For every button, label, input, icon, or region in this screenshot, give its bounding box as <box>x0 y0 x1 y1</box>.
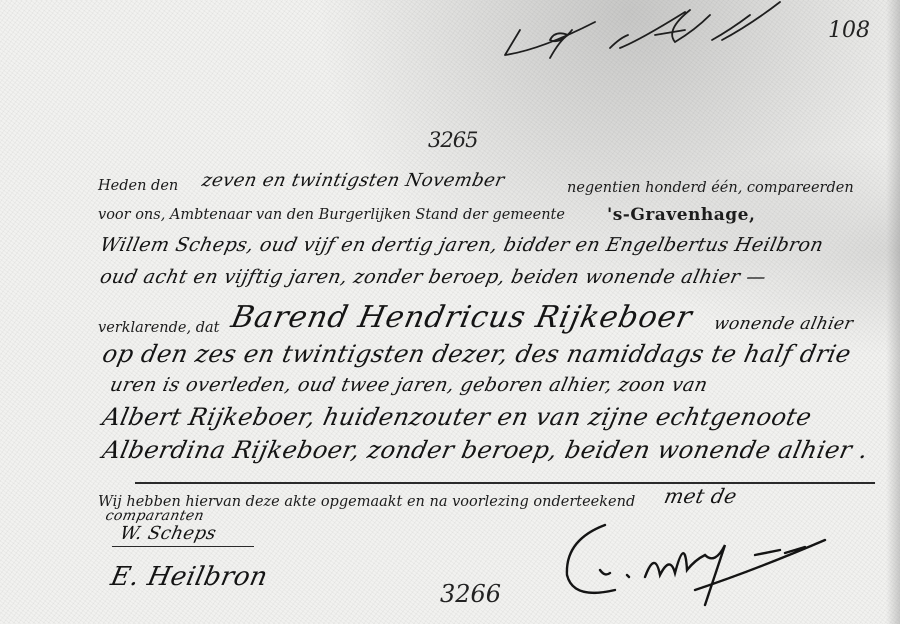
signature-underline-1 <box>112 546 254 547</box>
closing-rule <box>135 482 875 484</box>
printed-ambtenaar-line: voor ons, Ambtenaar van den Burgerlijken… <box>98 207 565 223</box>
handwritten-father: Albert Rijkeboer, huidenzouter en van zi… <box>100 403 814 431</box>
printed-heden-den: Heden den <box>98 178 178 194</box>
printed-municipality: 's-Gravenhage, <box>607 205 755 225</box>
handwritten-deceased-name: Barend Hendricus Rijkeboer <box>228 300 696 335</box>
handwritten-met-de: met de <box>662 484 739 508</box>
handwritten-residence: wonende alhier <box>712 314 855 334</box>
handwritten-witnesses-line-2: oud acht en vijftig jaren, zonder beroep… <box>98 266 768 288</box>
act-number: 3265 <box>428 128 477 152</box>
handwritten-date: zeven en twintigsten November <box>200 170 507 191</box>
printed-year-compareerden: negentien honderd één, compareerden <box>567 180 854 196</box>
handwritten-witnesses-line-1: Willem Scheps, oud vijf en dertig jaren,… <box>98 234 825 256</box>
handwritten-comparanten: comparanten <box>104 508 206 524</box>
page-edge-shadow <box>886 0 900 624</box>
printed-verklarende-dat: verklarende, dat <box>98 320 219 336</box>
handwritten-mother: Alberdina Rijkeboer, zonder beroep, beid… <box>100 436 871 464</box>
signature-witness-2: E. Heilbron <box>108 562 270 592</box>
page-number: 108 <box>828 18 870 43</box>
next-act-number: 3266 <box>440 580 501 608</box>
signature-witness-1: W. Scheps <box>118 523 218 544</box>
handwritten-age-birthplace: uren is overleden, oud twee jaren, gebor… <box>108 374 710 396</box>
handwritten-date-of-death: op den zes en twintigsten dezer, des nam… <box>100 340 854 368</box>
signature-registrar <box>555 515 845 615</box>
document-page: 108 3265 Heden den zeven en twintigsten … <box>0 0 900 624</box>
top-signature-flourish <box>450 0 790 60</box>
